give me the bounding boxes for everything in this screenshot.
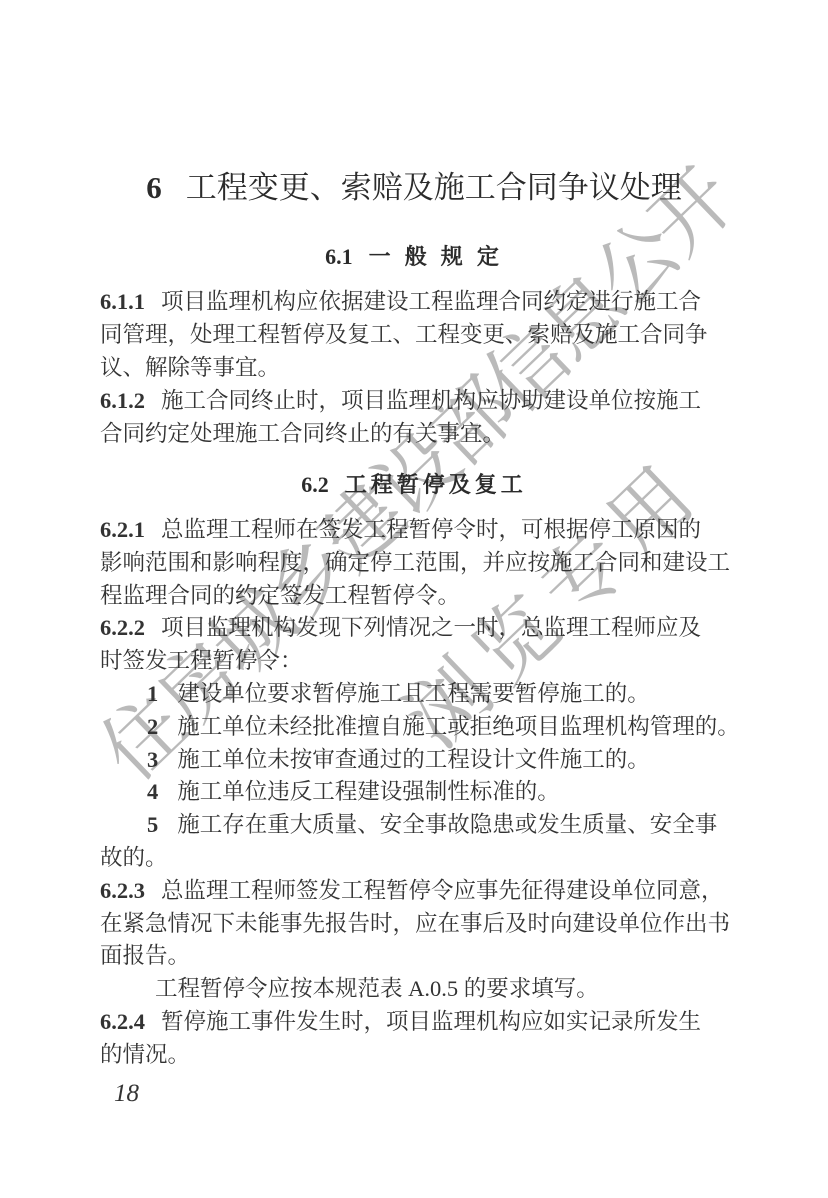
- chapter-title: 6工程变更、索赔及施工合同争议处理: [100, 162, 728, 207]
- list-item-4-number: 4: [147, 779, 158, 804]
- page-number: 18: [114, 1080, 139, 1108]
- clause-6-2-3-label: 6.2.3: [100, 878, 145, 903]
- list-item-2: 2施工单位未经批准擅自施工或拒绝项目监理机构管理的。: [100, 711, 740, 744]
- clause-6-1-2-label: 6.1.2: [100, 388, 145, 413]
- section-6-2-body: 6.2.1总监理工程师在签发工程暂停令时，可根据停工原因的 影响范围和影响程度，…: [100, 514, 740, 1072]
- clause-6-1-2-line-1: 6.1.2施工合同终止时，项目监理机构应协助建设单位按施工: [100, 384, 740, 417]
- clause-6-2-4-label: 6.2.4: [100, 1009, 145, 1034]
- clause-6-2-3-note: 工程暂停令应按本规范表 A.0.5 的要求填写。: [100, 973, 740, 1006]
- clause-6-2-4-text: 暂停施工事件发生时，项目监理机构应如实记录所发生: [161, 1009, 701, 1034]
- section-6-1-body: 6.1.1项目监理机构应依据建设工程监理合同约定进行施工合 同管理，处理工程暂停…: [100, 285, 740, 450]
- list-item-5: 5施工存在重大质量、安全事故隐患或发生质量、安全事: [100, 809, 740, 842]
- section-6-1-heading: 6.1一 般 规 定: [100, 240, 728, 271]
- clause-6-1-2-text: 施工合同终止时，项目监理机构应协助建设单位按施工: [161, 388, 701, 413]
- list-item-5-text: 施工存在重大质量、安全事故隐患或发生质量、安全事: [177, 812, 717, 837]
- list-item-3: 3施工单位未按审查通过的工程设计文件施工的。: [100, 744, 740, 777]
- section-6-2-title: 工程暂停及复工: [345, 472, 527, 497]
- chapter-title-text: 工程变更、索赔及施工合同争议处理: [186, 170, 682, 205]
- chapter-number: 6: [146, 170, 162, 205]
- list-item-1: 1建设单位要求暂停施工且工程需要暂停施工的。: [100, 678, 740, 711]
- clause-6-1-1-line-1: 6.1.1项目监理机构应依据建设工程监理合同约定进行施工合: [100, 285, 740, 318]
- section-6-1-number: 6.1: [325, 244, 353, 269]
- clause-6-2-1-line-1: 6.2.1总监理工程师在签发工程暂停令时，可根据停工原因的: [100, 514, 740, 547]
- list-item-3-number: 3: [147, 747, 158, 772]
- clause-6-2-2-text: 项目监理机构发现下列情况之一时，总监理工程师应及: [161, 615, 701, 640]
- clause-6-2-2-line-1: 6.2.2项目监理机构发现下列情况之一时，总监理工程师应及: [100, 612, 740, 645]
- document-page: 住房城乡建设部信息公开 浏览专用 6工程变更、索赔及施工合同争议处理 6.1一 …: [0, 0, 828, 1198]
- list-item-4: 4施工单位违反工程建设强制性标准的。: [100, 776, 740, 809]
- clause-6-1-1-label: 6.1.1: [100, 289, 145, 314]
- list-item-2-text: 施工单位未经批准擅自施工或拒绝项目监理机构管理的。: [177, 714, 740, 739]
- list-item-5-continuation: 故的。: [100, 842, 740, 875]
- clause-6-1-1-line-2: 同管理，处理工程暂停及复工、工程变更、索赔及施工合同争: [100, 318, 740, 351]
- clause-6-2-2-label: 6.2.2: [100, 615, 145, 640]
- list-item-2-number: 2: [147, 714, 158, 739]
- clause-6-2-3-line-2: 在紧急情况下未能事先报告时，应在事后及时向建设单位作出书: [100, 908, 740, 941]
- clause-6-2-3-line-1: 6.2.3总监理工程师签发工程暂停令应事先征得建设单位同意，: [100, 875, 740, 908]
- clause-6-1-1-text: 项目监理机构应依据建设工程监理合同约定进行施工合: [161, 289, 701, 314]
- clause-6-1-2-line-2: 合同约定处理施工合同终止的有关事宜。: [100, 417, 740, 450]
- clause-6-2-2-line-2: 时签发工程暂停令：: [100, 645, 740, 678]
- clause-6-2-3-line-3: 面报告。: [100, 940, 740, 973]
- list-item-4-text: 施工单位违反工程建设强制性标准的。: [177, 779, 560, 804]
- clause-6-2-1-text: 总监理工程师在签发工程暂停令时，可根据停工原因的: [161, 517, 701, 542]
- clause-6-2-4-line-2: 的情况。: [100, 1039, 740, 1072]
- list-item-1-number: 1: [147, 681, 158, 706]
- clause-6-2-1-line-2: 影响范围和影响程度，确定停工范围，并应按施工合同和建设工: [100, 547, 740, 580]
- clause-6-1-1-line-3: 议、解除等事宜。: [100, 351, 740, 384]
- list-item-5-number: 5: [147, 812, 158, 837]
- section-6-2-heading: 6.2工程暂停及复工: [100, 468, 728, 499]
- list-item-1-text: 建设单位要求暂停施工且工程需要暂停施工的。: [177, 681, 650, 706]
- clause-6-2-1-line-3: 程监理合同的约定签发工程暂停令。: [100, 580, 740, 613]
- section-6-1-title: 一 般 规 定: [369, 244, 503, 269]
- section-6-2-number: 6.2: [301, 472, 329, 497]
- list-item-3-text: 施工单位未按审查通过的工程设计文件施工的。: [177, 747, 650, 772]
- clause-6-2-4-line-1: 6.2.4暂停施工事件发生时，项目监理机构应如实记录所发生: [100, 1006, 740, 1039]
- clause-6-2-3-text: 总监理工程师签发工程暂停令应事先征得建设单位同意，: [161, 878, 724, 903]
- clause-6-2-1-label: 6.2.1: [100, 517, 145, 542]
